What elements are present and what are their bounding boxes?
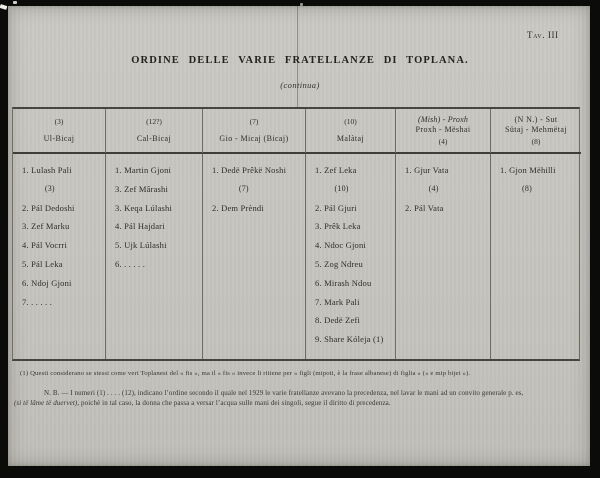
column-body-sutaj: 1. Gjon Mëhilli(8) [491, 154, 581, 359]
header-line: Sütaj - Mehmëtaj [505, 125, 567, 135]
name-entry: 5. Zog Ndreu [306, 259, 395, 278]
name-entry: 1. Zef Leka [306, 165, 395, 184]
name-entry: 2. Pál Vata [396, 203, 490, 222]
column-body-malataj: 1. Zef Leka(10)2. Pál Gjuri3. Prêk Leka4… [306, 154, 396, 359]
name-entry: 3. Prêk Leka [306, 221, 395, 240]
name-entry: 6. Mirash Ndou [306, 278, 395, 297]
page-subtitle: (continua) [0, 80, 600, 90]
name-entry: 7. . . . . . [13, 297, 105, 316]
header-line: (Mish) - Proxh [418, 115, 468, 125]
name-entry: (4) [396, 184, 471, 203]
column-header-cal-bicaj: (12?)Cal-Bicaj [106, 109, 203, 154]
name-entry: (7) [203, 184, 285, 203]
header-line: Ul-Bicaj [44, 134, 75, 144]
name-entry: 3. Zef Mârashi [106, 184, 202, 203]
column-body-cal-bicaj: 1. Martin Gjoni3. Zef Mârashi3. Keqa Lúl… [106, 154, 203, 359]
scan-speck [13, 1, 17, 4]
name-entry: (8) [491, 184, 563, 203]
name-entry: 2. Pál Gjuri [306, 203, 395, 222]
header-line: Gio - Micaj (Bicaj) [219, 134, 288, 144]
name-entry: 3. Zef Marku [13, 221, 105, 240]
name-entry: 1. Lulash Pali [13, 165, 105, 184]
header-line: (7) [250, 117, 259, 127]
name-entry: 6. Ndoj Gjoni [13, 278, 105, 297]
header-line: (12?) [146, 117, 162, 127]
footnote-1: (1) Questi considerano se stessi come ve… [20, 370, 586, 377]
nota-bene-line2-rest: , poichè in tal caso, la donna che passa… [77, 399, 390, 407]
fratellanze-table: (3)Ul-Bicaj (12?)Cal-Bicaj (7)Gio - Mica… [12, 107, 580, 361]
header-line: (N N.) - Sut [514, 115, 557, 125]
name-entry: 7. Mark Pali [306, 297, 395, 316]
column-body-proxh: 1. Gjur Vata(4)2. Pál Vata [396, 154, 491, 359]
name-entry: (10) [306, 184, 377, 203]
nota-bene-line2: (si të lâme të duervet), poichè in tal c… [14, 399, 588, 409]
name-entry: 4. Ndoc Gjoni [306, 240, 395, 259]
name-entry: 5. Ujk Lúlashi [106, 240, 202, 259]
name-entry: 5. Pál Leka [13, 259, 105, 278]
header-line: (8) [532, 137, 541, 147]
name-entry: 8. Dedë Zefi [306, 315, 395, 334]
header-line: (4) [439, 137, 448, 147]
name-entry: 1. Dedë Prêkë Noshi [203, 165, 305, 184]
nota-bene-line1: N. B. — I numeri (1) . . . . (12), indic… [14, 389, 588, 399]
scan-speck [300, 3, 303, 6]
name-entry: 1. Gjon Mëhilli [491, 165, 581, 184]
column-header-malataj: (10)Malàtaj [306, 109, 396, 154]
column-header-proxh: (Mish) - ProxhProxh - Mëshai(4) [396, 109, 491, 154]
name-entry: 6. . . . . . [106, 259, 202, 278]
nota-bene: N. B. — I numeri (1) . . . . (12), indic… [14, 389, 588, 408]
name-entry: 1. Gjur Vata [396, 165, 490, 184]
name-entry: 4. Pál Vocrri [13, 240, 105, 259]
name-entry: 4. Pál Hajdari [106, 221, 202, 240]
name-entry: 1. Martin Gjoni [106, 165, 202, 184]
plate-number: Tav. III [527, 30, 559, 40]
column-header-ul-bicaj: (3)Ul-Bicaj [13, 109, 106, 154]
header-line: Malàtaj [337, 134, 364, 144]
column-body-ul-bicaj: 1. Lulash Pali(3)2. Pál Dedoshi3. Zef Ma… [13, 154, 106, 359]
column-header-gio-micaj: (7)Gio - Micaj (Bicaj) [203, 109, 306, 154]
name-entry: 2. Pál Dedoshi [13, 203, 105, 222]
scan-speck [0, 4, 7, 10]
header-line: Proxh - Mëshai [416, 125, 471, 135]
column-body-gio-micaj: 1. Dedë Prêkë Noshi(7)2. Dem Prèndi [203, 154, 306, 359]
name-entry: (3) [13, 184, 87, 203]
column-header-sutaj: (N N.) - SutSütaj - Mehmëtaj(8) [491, 109, 581, 154]
name-entry: 2. Dem Prèndi [203, 203, 305, 222]
name-entry: 3. Keqa Lúlashi [106, 203, 202, 222]
name-entry: 9. Share Kóleja (1) [306, 334, 395, 353]
nota-bene-albanian-phrase: (si të lâme të duervet) [14, 399, 77, 407]
header-line: Cal-Bicaj [137, 134, 171, 144]
header-line: (10) [344, 117, 357, 127]
header-line: (3) [55, 117, 64, 127]
page-title: ORDINE DELLE VARIE FRATELLANZE DI TOPLAN… [0, 55, 600, 66]
